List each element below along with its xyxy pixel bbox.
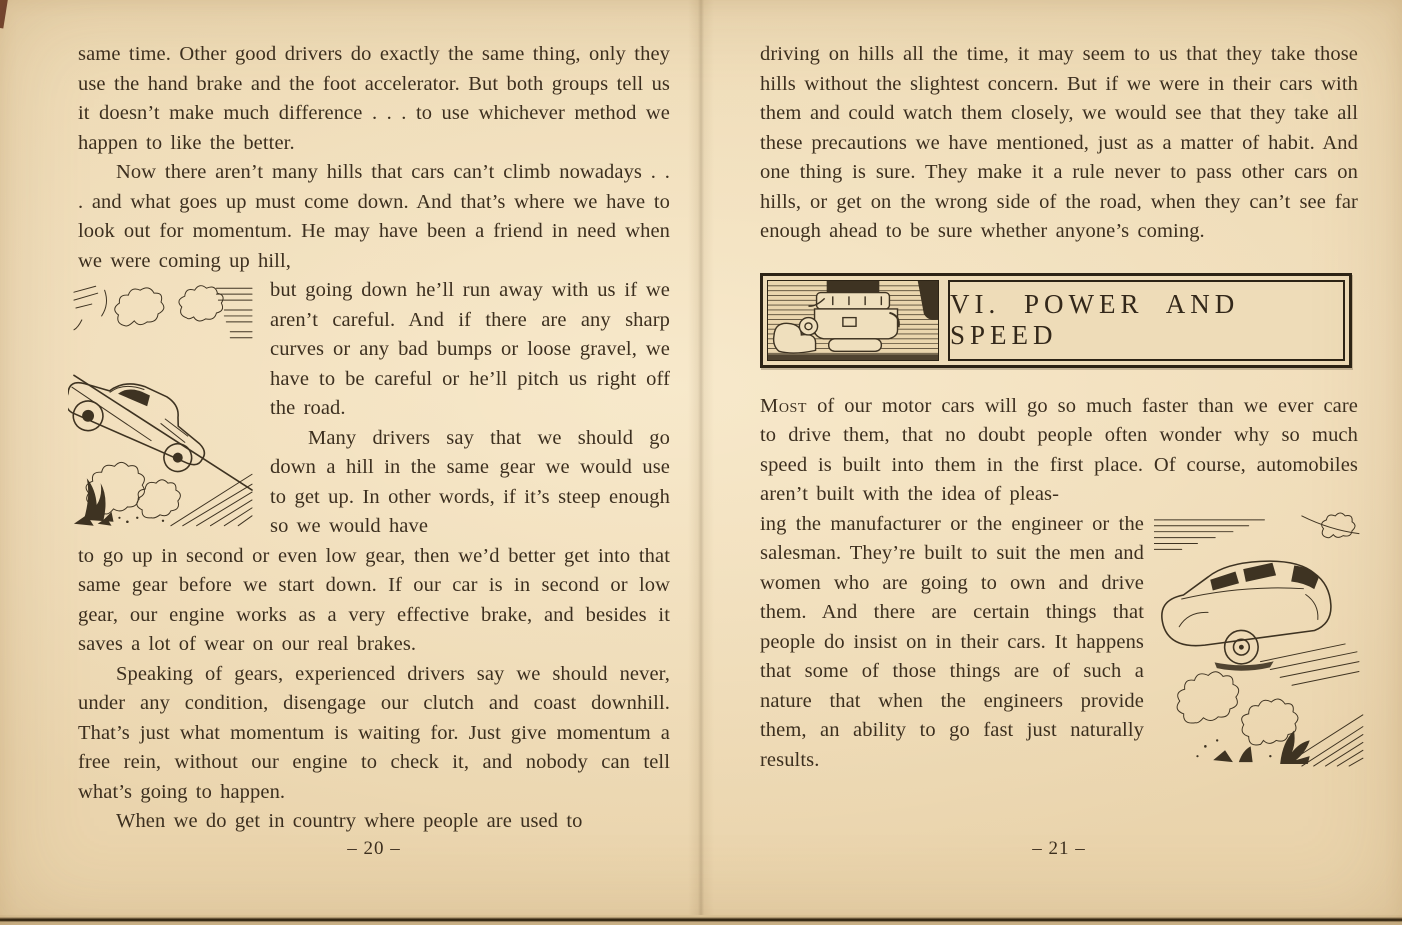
right-page: driving on hills all the time, it may se… xyxy=(760,40,1358,775)
page-bottom-edge xyxy=(0,915,1402,925)
wrapped-text-column: ing the manufacturer or the engineer or … xyxy=(760,510,1144,776)
page-number-right: – 21 – xyxy=(760,838,1358,860)
paragraph: but going down he’ll run away with us if… xyxy=(270,276,670,424)
downhill-car-illustration xyxy=(68,280,256,528)
text-wrap-row: ing the manufacturer or the engineer or … xyxy=(760,510,1358,776)
chapter-heading-panel: VI. POWER AND SPEED xyxy=(948,280,1345,361)
paragraph-continuation: of our motor cars will go so much faster… xyxy=(760,395,1358,506)
paragraph: ing the manufacturer or the engineer or … xyxy=(760,510,1144,776)
left-page: same time. Other good drivers do exactly… xyxy=(78,40,670,837)
paragraph: driving on hills all the time, it may se… xyxy=(760,40,1358,247)
paragraph: When we do get in country where people a… xyxy=(78,807,670,837)
paragraph: Now there aren’t many hills that cars ca… xyxy=(78,158,670,276)
engine-illustration xyxy=(767,280,939,361)
lead-word: Most xyxy=(760,395,807,417)
chapter-heading: VI. POWER AND SPEED xyxy=(950,289,1343,351)
paragraph: to go up in second or even low gear, the… xyxy=(78,542,670,660)
wrapped-text-column: but going down he’ll run away with us if… xyxy=(270,276,670,542)
text-wrap-row: but going down he’ll run away with us if… xyxy=(78,276,670,542)
book-spread-scan: same time. Other good drivers do exactly… xyxy=(0,0,1402,925)
chapter-heading-box: VI. POWER AND SPEED xyxy=(760,273,1352,368)
paragraph: Speaking of gears, experienced drivers s… xyxy=(78,660,670,808)
scan-corner-mark xyxy=(0,0,9,28)
page-number-left: – 20 – xyxy=(78,838,670,860)
speeding-car-illustration xyxy=(1154,512,1366,768)
paragraph: Most of our motor cars will go so much f… xyxy=(760,392,1358,510)
paragraph: same time. Other good drivers do exactly… xyxy=(78,40,670,158)
gutter-crease xyxy=(688,0,714,925)
paragraph: Many drivers say that we should go down … xyxy=(270,424,670,542)
